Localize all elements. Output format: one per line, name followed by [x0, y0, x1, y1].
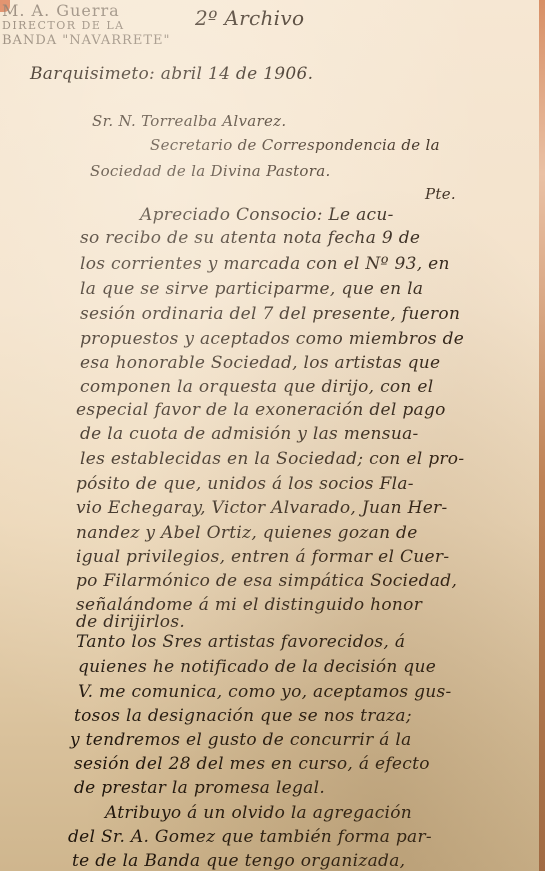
body-line: tosos la designación que se nos traza; [74, 706, 412, 726]
letter-page: M. A. Guerra DIRECTOR DE LA BANDA "NAVAR… [0, 0, 545, 871]
body-line: po Filarmónico de esa simpática Sociedad… [76, 571, 457, 591]
body-line: la que se sirve participarme, que en la [80, 279, 423, 299]
body-line: del Sr. A. Gomez que también forma par- [68, 827, 432, 847]
body-line: vio Echegaray, Victor Alvarado, Juan Her… [76, 498, 448, 518]
body-line: quienes he notificado de la decisión que [78, 657, 436, 677]
body-line: pósito de que, unidos á los socios Fla- [76, 474, 414, 494]
stamp-line-1: M. A. Guerra [2, 3, 170, 18]
body-line: Apreciado Consocio: Le acu- [140, 205, 394, 225]
body-line: so recibo de su atenta nota fecha 9 de [80, 228, 420, 248]
body-line: te de la Banda que tengo organizada, [72, 851, 405, 871]
body-line: sesión ordinaria del 7 del presente, fue… [80, 304, 460, 324]
addressee-society: Sociedad de la Divina Pastora. [90, 162, 331, 180]
stamp-line-2: DIRECTOR DE LA [2, 18, 170, 33]
body-line: propuestos y aceptados como miembros de [80, 329, 464, 349]
addressee-name: Sr. N. Torrealba Alvarez. [92, 112, 286, 130]
body-line: sesión del 28 del mes en curso, á efecto [74, 754, 430, 774]
body-line: les establecidas en la Sociedad; con el … [80, 449, 464, 469]
body-line: componen la orquesta que dirijo, con el [80, 377, 433, 397]
body-line: V. me comunica, como yo, aceptamos gus- [78, 682, 452, 702]
letterhead-stamp: M. A. Guerra DIRECTOR DE LA BANDA "NAVAR… [2, 3, 170, 48]
stamp-line-3: BANDA "NAVARRETE" [2, 33, 170, 48]
body-line: y tendremos el gusto de concurrir á la [70, 730, 412, 750]
right-edge-stain [539, 0, 545, 871]
body-line: igual privilegios, entren á formar el Cu… [76, 547, 449, 567]
body-line: nandez y Abel Ortiz, quienes gozan de [76, 523, 418, 543]
body-line: especial favor de la exoneración del pag… [76, 400, 446, 420]
body-line: los corrientes y marcada con el Nº 93, e… [80, 254, 450, 274]
body-line: de dirijirlos. [76, 612, 185, 632]
body-line: de la cuota de admisión y las mensua- [80, 424, 419, 444]
body-line: Tanto los Sres artistas favorecidos, á [76, 632, 405, 652]
archive-note: 2º Archivo [195, 6, 304, 30]
body-line: esa honorable Sociedad, los artistas que [80, 353, 440, 373]
addressee-abbrev: Pte. [425, 185, 456, 203]
addressee-title: Secretario de Correspondencia de la [150, 136, 440, 154]
body-line: de prestar la promesa legal. [74, 778, 325, 798]
date-line: Barquisimeto: abril 14 de 1906. [30, 64, 313, 84]
body-line: Atribuyo á un olvido la agregación [105, 803, 412, 823]
